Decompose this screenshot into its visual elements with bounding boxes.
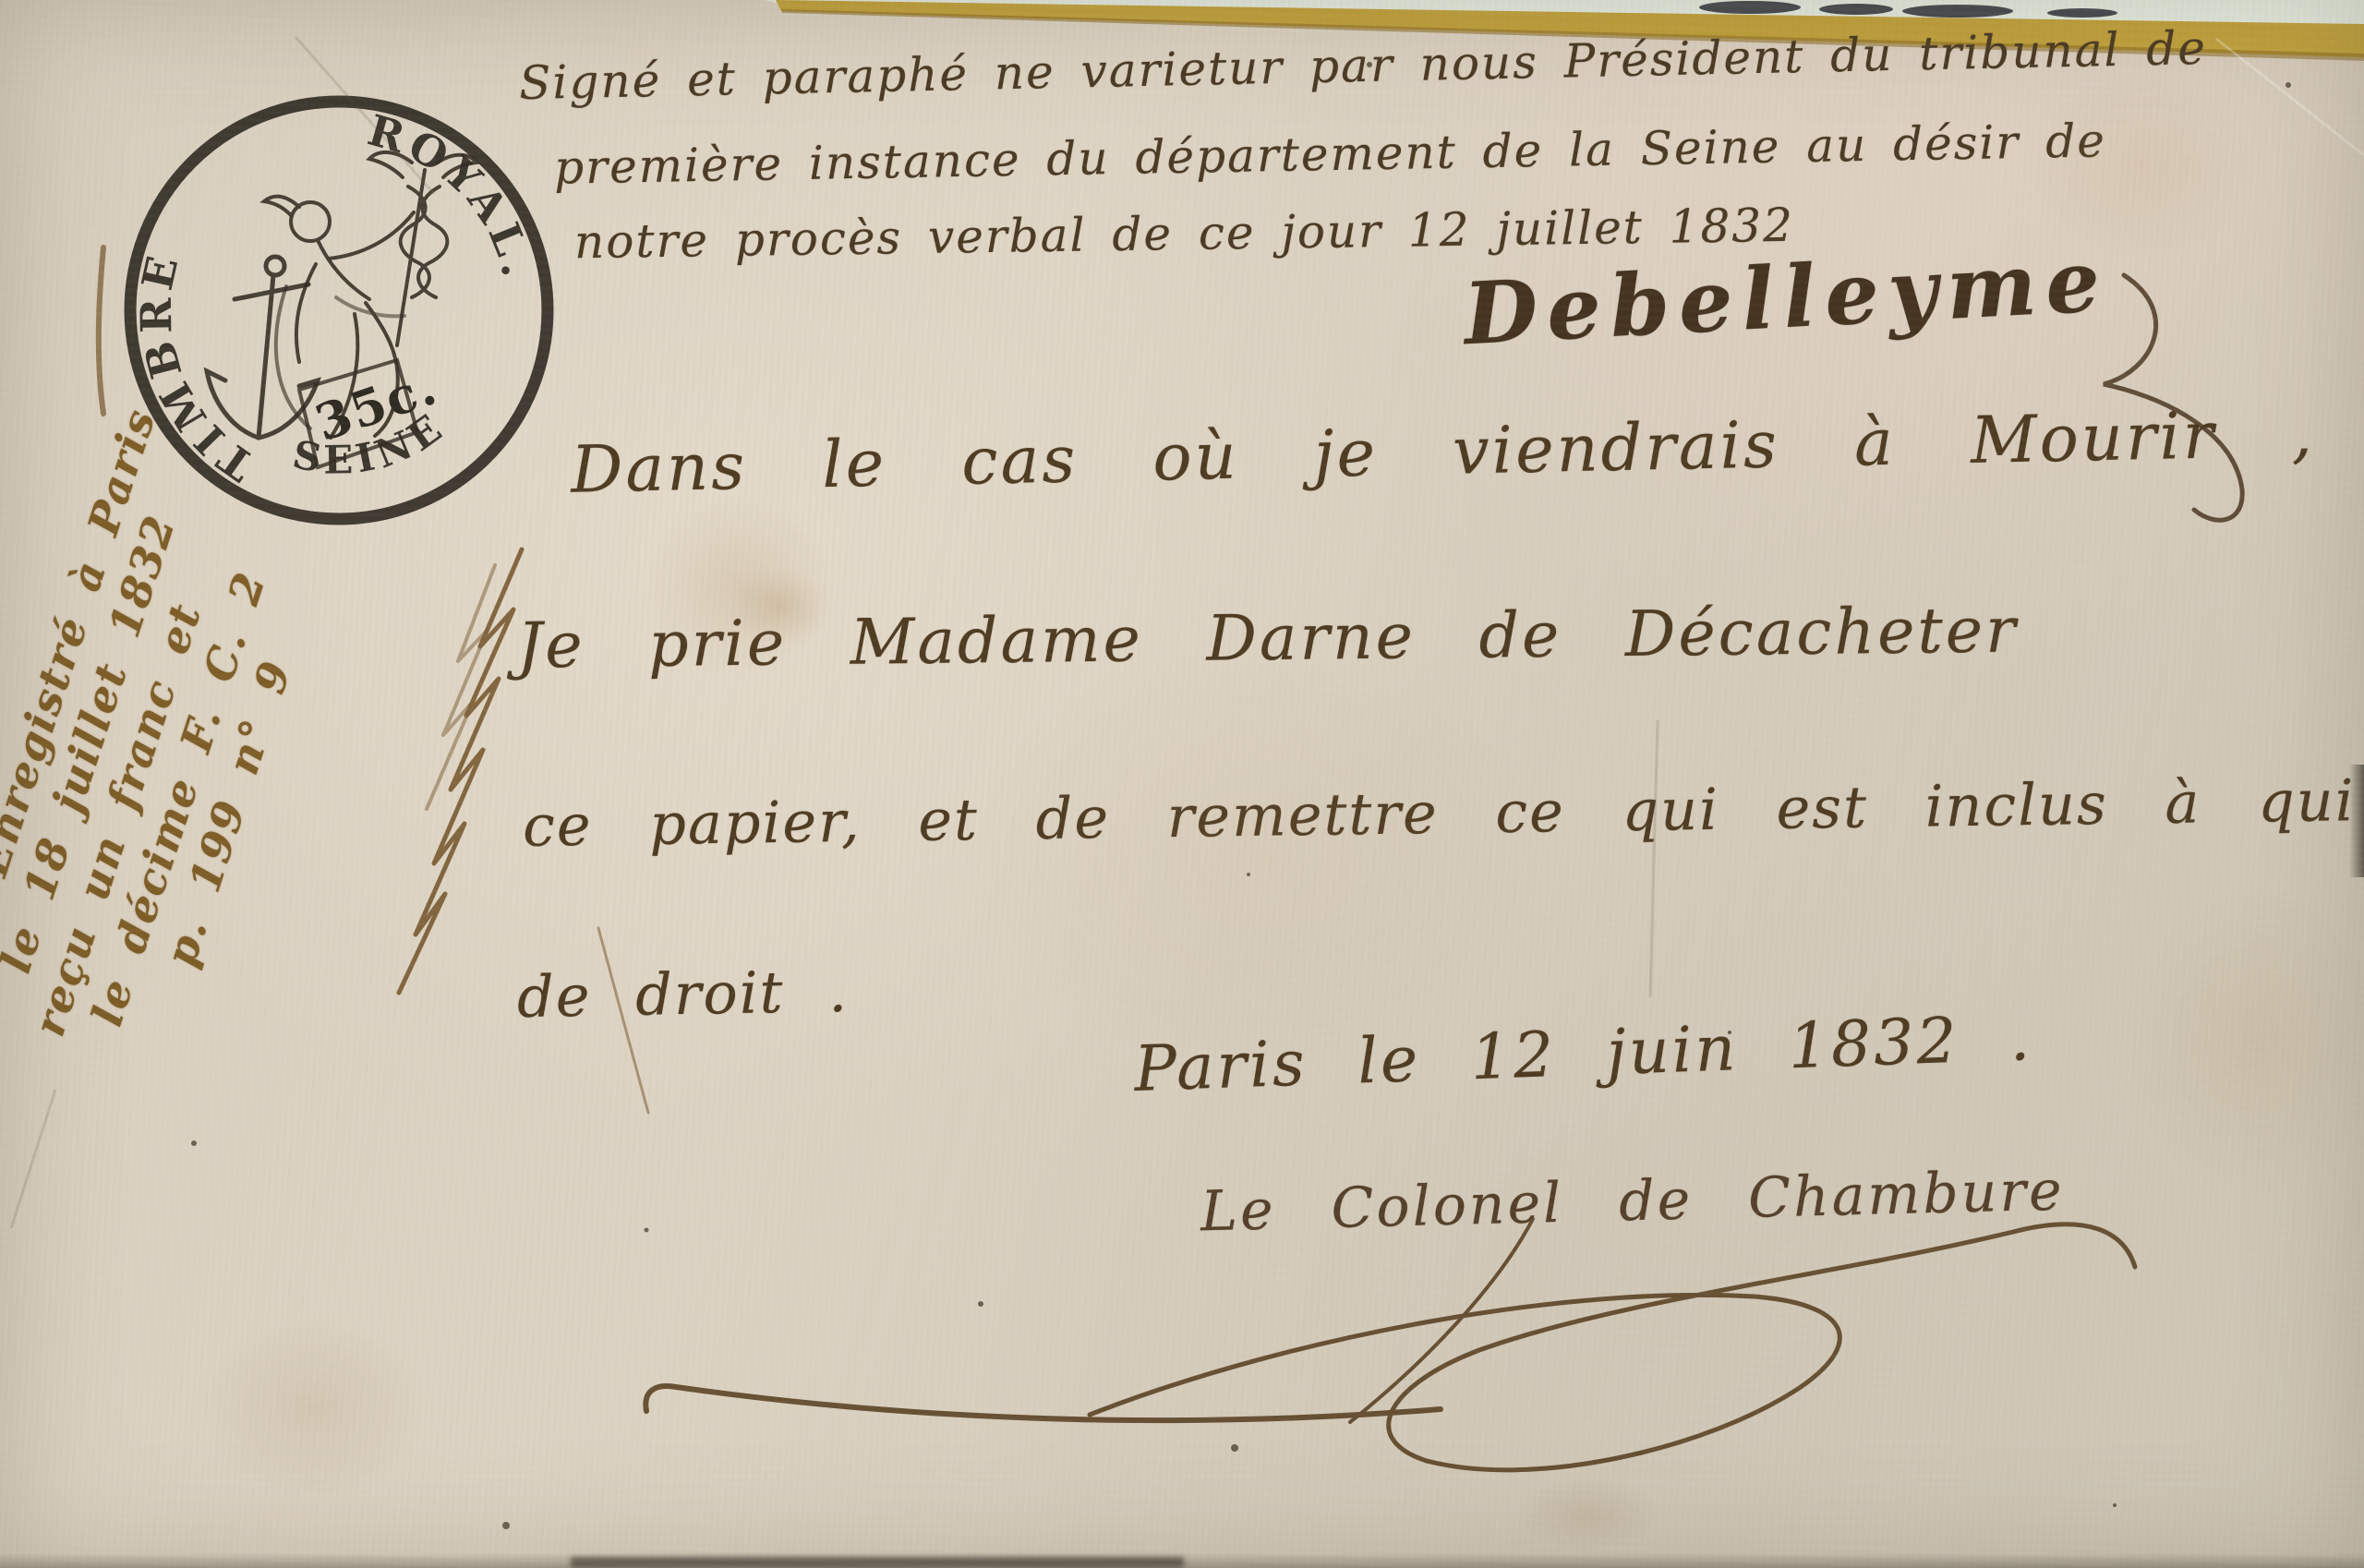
ink-smudges-top bbox=[1699, 1, 2117, 18]
body-line-2: Je prie Madame Darne de Décacheter bbox=[517, 594, 2019, 682]
paraph-flourish bbox=[645, 1219, 2135, 1470]
certification-line-2: première instance du département de la S… bbox=[554, 114, 2107, 194]
body-line-3: ce papier, et de remettre ce qui est inc… bbox=[523, 766, 2356, 860]
body-line-4: de droit . bbox=[516, 958, 849, 1031]
stain bbox=[2124, 887, 2364, 1191]
paper-edge-shadow-right bbox=[2349, 765, 2364, 877]
certification-line-1: Signé et paraphé ne varietur par nous Pr… bbox=[519, 21, 2208, 110]
stain bbox=[970, 646, 1542, 1071]
dateline: Paris le 12 juin 1832 . bbox=[1133, 1002, 2033, 1106]
colonel-signature: Le Colonel de Chambure bbox=[1200, 1159, 2065, 1245]
stain bbox=[1514, 1478, 1662, 1551]
margin-registration-note: Enregistré à Paris le 18 juillet 1832 re… bbox=[0, 173, 455, 1084]
body-line-1: Dans le cas où je viendrais à Mourir , bbox=[570, 395, 2315, 508]
photograph-of-letter: TIMBRE ROYAL. SEINE bbox=[0, 0, 2364, 1568]
stain bbox=[203, 1321, 425, 1496]
paper-edge-shadow-bottom-dark bbox=[571, 1557, 1184, 1568]
